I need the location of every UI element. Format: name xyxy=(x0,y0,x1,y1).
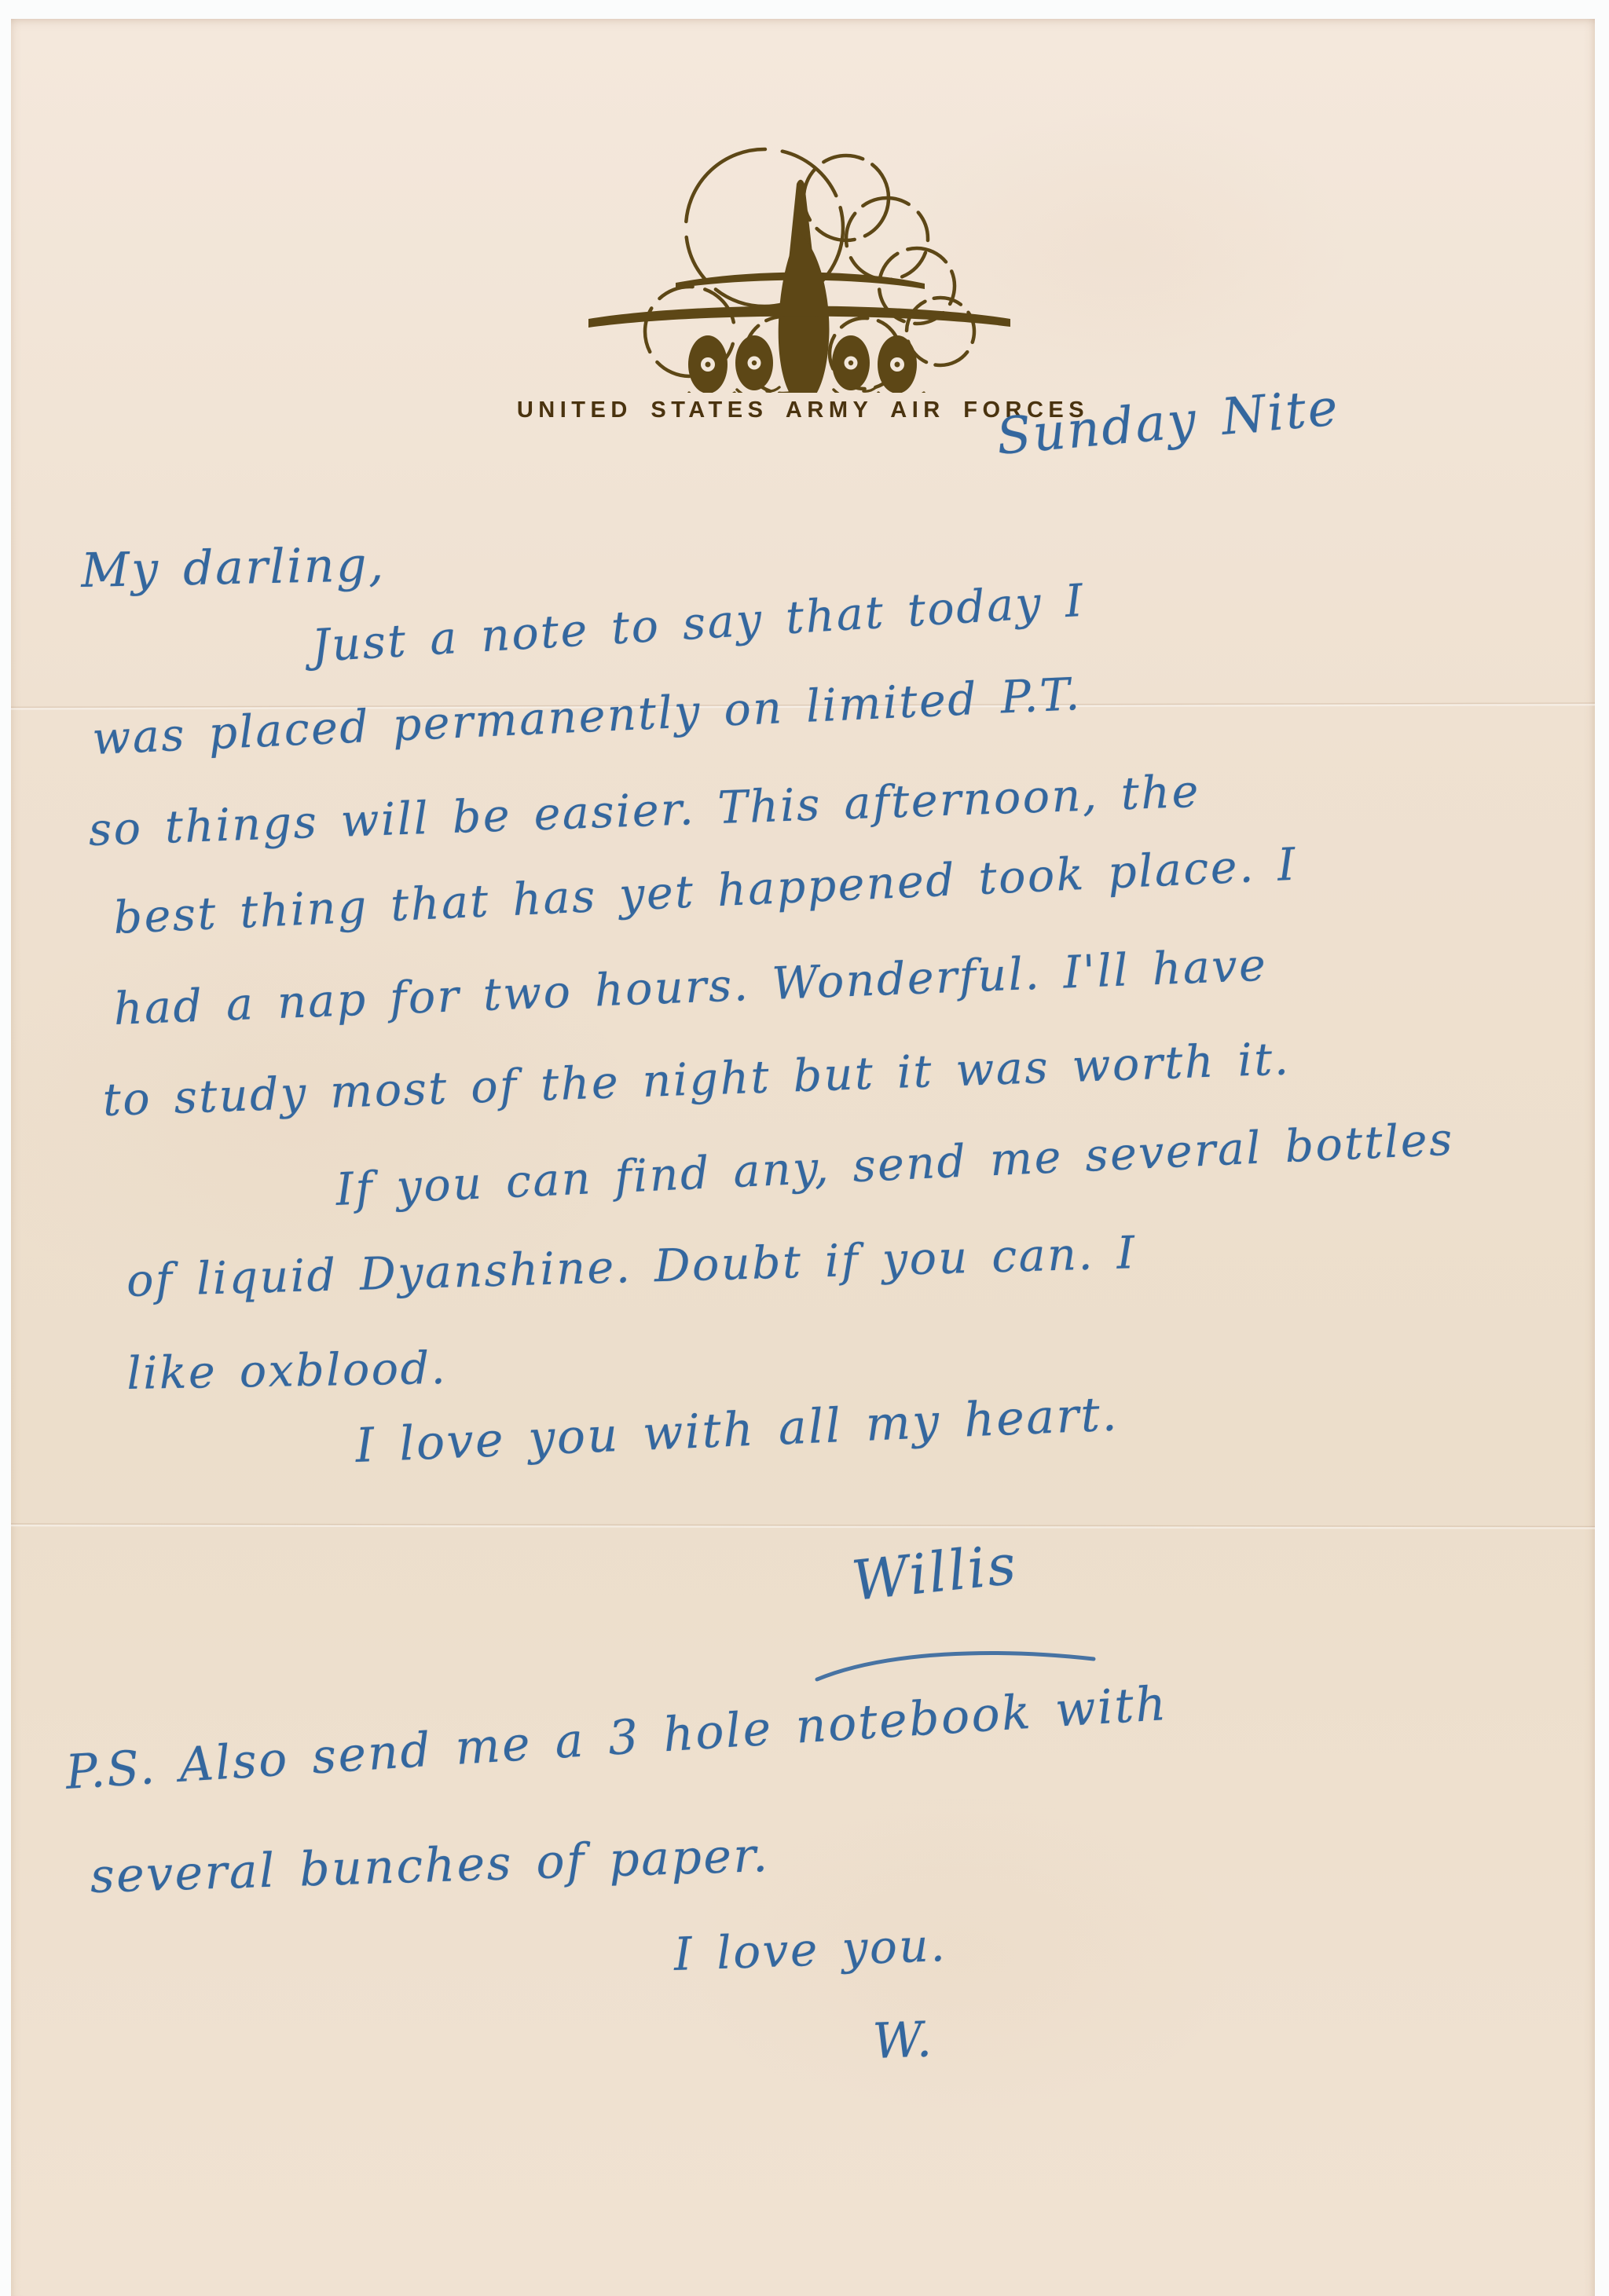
body-line: was placed permanently on limited P.T. xyxy=(91,668,1083,765)
letterhead-organization: UNITED STATES ARMY AIR FORCES xyxy=(11,397,1595,423)
body-line: had a nap for two hours. Wonderful. I'll… xyxy=(112,939,1268,1035)
body-line: like oxblood. xyxy=(126,1342,448,1400)
date-line: Sunday Nite xyxy=(995,379,1342,467)
postscript-closing: I love you. xyxy=(673,1918,947,1981)
fold-crease-bottom xyxy=(11,1523,1595,1529)
scanned-letter-canvas: UNITED STATES ARMY AIR FORCES Sunday Nit… xyxy=(0,0,1609,2296)
body-line: Just a note to say that today I xyxy=(310,575,1086,672)
usaaf-bomber-emblem-icon xyxy=(585,116,1013,393)
body-line: of liquid Dyanshine. Doubt if you can. I xyxy=(126,1227,1137,1307)
body-line: best thing that has yet happened took pl… xyxy=(112,839,1299,944)
body-line: If you can find any, send me several bot… xyxy=(335,1113,1455,1216)
body-line: so things will be easier. This afternoon… xyxy=(88,766,1201,856)
postscript-line: several bunches of paper. xyxy=(90,1828,771,1904)
closing-line: I love you with all my heart. xyxy=(354,1386,1120,1474)
salutation: My darling, xyxy=(81,537,387,599)
signature: Willis xyxy=(848,1532,1021,1613)
body-line: to study most of the night but it was wo… xyxy=(102,1033,1292,1126)
letter-page: UNITED STATES ARMY AIR FORCES Sunday Nit… xyxy=(11,19,1595,2296)
postscript-initial: W. xyxy=(871,2010,934,2070)
postscript-line: P.S. Also send me a 3 hole notebook with xyxy=(64,1676,1170,1800)
